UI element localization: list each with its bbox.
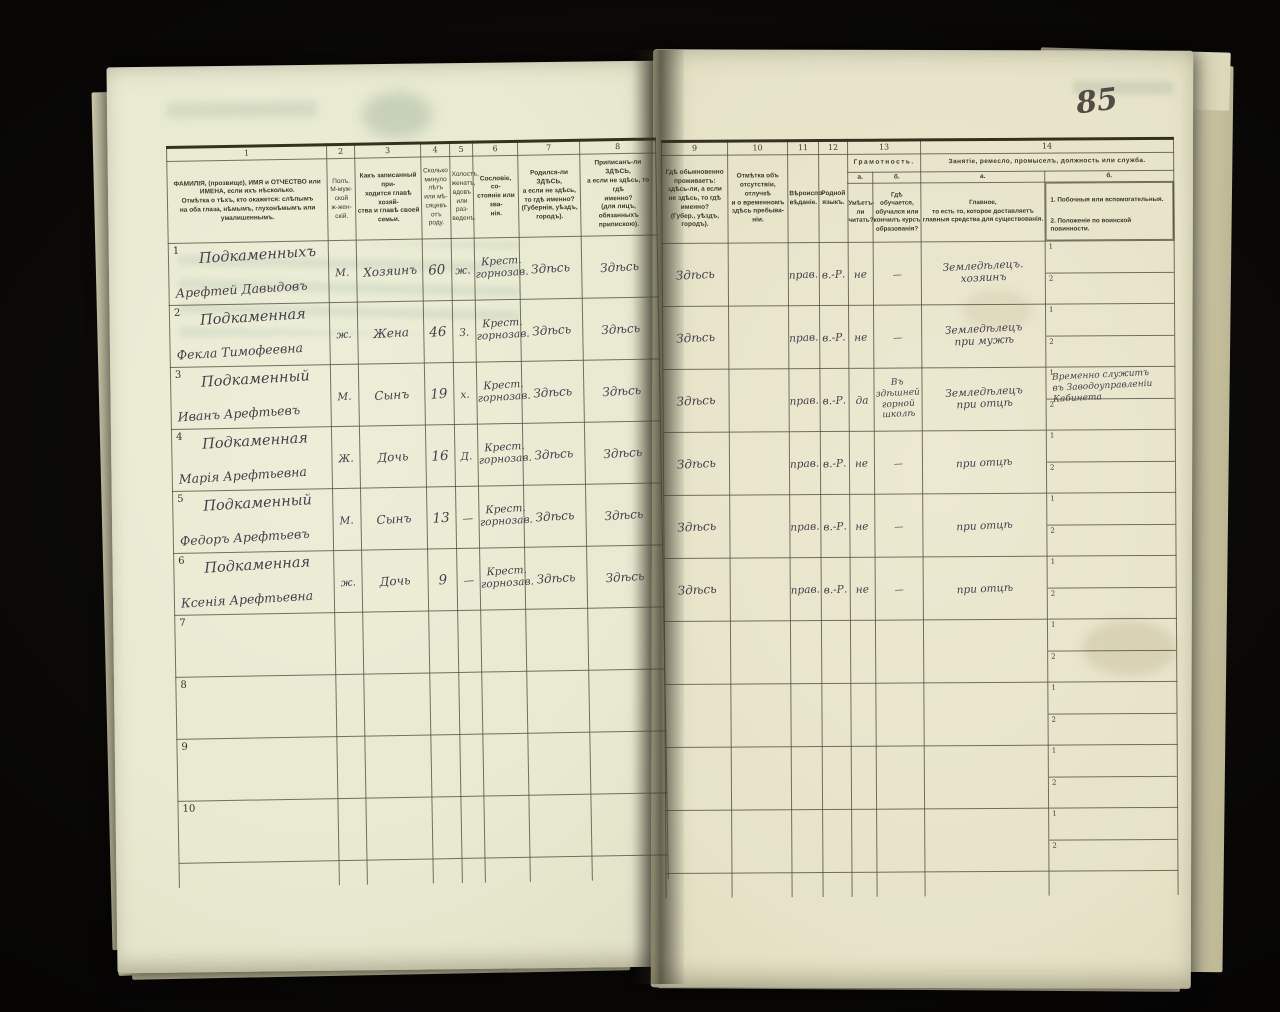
entry-born: Здѣсь: [532, 323, 572, 339]
entry-education: —: [893, 270, 903, 281]
header-education: Гдѣ обучается, обучался или кончилъ курс…: [873, 183, 921, 242]
side-label-1: 1: [1051, 558, 1056, 566]
entry-relation: Сынъ: [376, 512, 412, 528]
col-number: 14: [921, 138, 1174, 154]
entry-education: —: [893, 333, 903, 344]
table-row: 9: [177, 731, 667, 802]
col-number: 9: [662, 141, 728, 155]
col-number: 2: [327, 144, 355, 158]
side-label-1: 1: [1050, 495, 1055, 503]
table-row: 6ПодкаменнаяКсенія Арефтьевна ж. Дочь 9 …: [174, 545, 664, 616]
table-row: 12: [665, 744, 1177, 810]
book-spread: 85 1 2 3 4 5 6 7 8 ФАМИЛІЯ, (прозвище), …: [0, 0, 1280, 1012]
entry-relation: Сынъ: [374, 388, 410, 404]
table-row: Здѣсь прав. в.-Р. да Въ здѣшней горной ш…: [663, 366, 1175, 432]
entry-age: 16: [431, 448, 449, 465]
entry-language: в.-Р.: [824, 583, 848, 596]
entry-born: Здѣсь: [535, 509, 575, 525]
header-registered-here: Приписанъ-ли ЗДѢСЬ, а если не здѣсь, то …: [580, 153, 657, 236]
header-absence: Отмѣтка объ отсутствіи, отлучкѣ и о врем…: [728, 155, 789, 243]
header-estate: Сословіе, со- стояніе или зва- нія.: [473, 155, 519, 238]
entry-can-read: не: [856, 583, 870, 596]
entry-education: —: [894, 585, 904, 596]
table-row: 4ПодкаменнаяМарія Арефтьевна Ж. Дочь 16 …: [171, 421, 661, 492]
entry-education: Въ здѣшней горной школѣ: [874, 376, 923, 421]
entry-sex: Ж.: [338, 452, 354, 465]
entry-religion: прав.: [789, 331, 819, 344]
entry-main-occupation: Земледѣлецъ при отцѣ: [945, 384, 1024, 412]
table-row: Здѣсь прав. в.-Р. не — при отцѣ 12: [664, 492, 1176, 558]
side-label-2: 2: [1049, 338, 1054, 346]
table-row: 12: [666, 807, 1178, 873]
entry-religion: прав.: [789, 268, 819, 281]
side-label-1: 1: [1050, 432, 1055, 440]
table-row: Здѣсь прав. в.-Р. не — Земледѣлецъ. хозя…: [662, 240, 1174, 306]
entry-given-name: Ксенія Арефтьевна: [181, 588, 314, 610]
header-side-occupation-2: 2. Положеніе по воинской повинности.: [1046, 212, 1172, 234]
side-label-2: 2: [1051, 590, 1056, 598]
side-label-2: 2: [1052, 842, 1057, 850]
entry-surname: Подкаменная: [204, 554, 311, 577]
entry-residence: Здѣсь: [677, 457, 717, 473]
side-label-1: 1: [1052, 747, 1057, 755]
entry-residence: Здѣсь: [677, 520, 717, 536]
entry-surname: Подкаменный: [201, 368, 311, 391]
entry-marital: —: [463, 574, 474, 587]
header-marital: Холостъ, женатъ, вдовъ или раз- веденъ.: [450, 156, 474, 238]
entry-given-name: Фекла Тимофеевна: [176, 341, 303, 363]
row-number: 9: [181, 742, 188, 753]
entry-residence: Здѣсь: [676, 268, 716, 284]
entry-surname: Подкаменныхъ: [199, 244, 317, 268]
entry-given-name: Иванъ Арефтьевъ: [177, 403, 300, 425]
entry-born: Здѣсь: [536, 571, 576, 587]
crest-ghost: [362, 91, 433, 138]
entry-born: Здѣсь: [534, 447, 574, 463]
sub-label-b: б.: [1045, 170, 1174, 182]
entry-sex: ж.: [336, 328, 352, 341]
header-main-occupation: Главное, то есть то, которое доставляетъ…: [921, 182, 1045, 242]
entry-surname: Подкаменный: [203, 492, 313, 515]
table-row: 7: [175, 607, 665, 678]
col-number: 11: [788, 141, 819, 155]
census-table-left: 1 2 3 4 5 6 7 8 ФАМИЛІЯ, (прозвище), ИМЯ…: [166, 137, 669, 887]
entry-given-name: Арефтей Давыдовъ: [175, 278, 308, 300]
col-number: 6: [472, 141, 517, 156]
table-row: 5ПодкаменныйФедоръ Арефтьевъ М. Сынъ 13 …: [173, 483, 663, 554]
header-language: Родной языкъ.: [819, 154, 849, 242]
entry-age: 13: [432, 510, 450, 527]
side-label-1: 1: [1051, 684, 1056, 692]
entry-marital: ж.: [455, 264, 471, 277]
open-bottom-row: [666, 870, 1178, 897]
entry-marital: З.: [459, 326, 470, 339]
column-headers-row: ФАМИЛІЯ, (прозвище), ИМЯ и ОТЧЕСТВО или …: [167, 153, 657, 244]
col-number: 4: [420, 143, 449, 158]
col-number: 8: [579, 139, 655, 154]
entry-registered: Здѣсь: [603, 445, 643, 461]
entry-language: в.-Р.: [823, 394, 847, 407]
entry-relation: Жена: [373, 326, 409, 342]
col-number: 7: [517, 140, 579, 155]
table-row: Здѣсь прав. в.-Р. не — Земледѣлецъ при м…: [663, 303, 1175, 369]
entry-language: в.-Р.: [823, 457, 847, 470]
entry-residence: Здѣсь: [676, 331, 716, 347]
side-label-2: 2: [1049, 275, 1054, 283]
entry-sex: М.: [335, 266, 350, 279]
entry-language: в.-Р.: [822, 268, 846, 281]
header-literacy: Грамотность.: [848, 154, 921, 172]
table-row: 3ПодкаменныйИванъ Арефтьевъ М. Сынъ 19 х…: [170, 359, 660, 430]
entry-marital: Д.: [460, 450, 473, 463]
entry-sex: М.: [337, 390, 352, 403]
table-row: 12: [664, 618, 1176, 684]
col-number: 3: [354, 143, 420, 158]
entry-main-occupation: при отцѣ: [956, 519, 1013, 534]
side-label-2: 2: [1052, 779, 1057, 787]
showthrough-ghost: [167, 101, 317, 119]
row-number: 2: [174, 308, 181, 319]
side-label-1: 1: [1051, 621, 1056, 629]
entry-surname: Подкаменная: [200, 306, 307, 329]
entry-religion: прав.: [790, 520, 820, 533]
entry-age: 46: [429, 324, 447, 341]
table-row: 8: [176, 669, 666, 740]
row-number: 3: [175, 370, 182, 381]
entry-can-read: не: [854, 268, 868, 281]
row-number: 6: [178, 556, 185, 567]
row-number: 8: [180, 680, 187, 691]
side-label-1: 1: [1049, 306, 1054, 314]
entry-main-occupation: Земледѣлецъ. хозяинъ: [942, 258, 1024, 286]
col-number: 10: [728, 141, 788, 155]
entry-can-read: да: [855, 394, 869, 407]
entry-registered: Здѣсь: [604, 507, 644, 523]
entry-relation: Дочь: [379, 574, 411, 590]
entry-born: Здѣсь: [533, 385, 573, 401]
entry-age: 9: [438, 572, 448, 588]
entry-language: в.-Р.: [822, 331, 846, 344]
row-number: 5: [177, 494, 184, 505]
side-label-1: 1: [1049, 243, 1054, 251]
entry-age: 19: [430, 386, 448, 403]
entry-sex: ж.: [340, 576, 356, 589]
header-occupation: Занятіе, ремесло, промыселъ, должность и…: [921, 152, 1174, 172]
col-number: 13: [848, 140, 921, 154]
entry-can-read: не: [855, 457, 869, 470]
col-number: 5: [449, 142, 472, 156]
side-label-2: 2: [1051, 653, 1056, 661]
entry-sex: М.: [340, 514, 355, 527]
row-number: 10: [182, 804, 195, 815]
entry-education: —: [894, 522, 904, 533]
entry-main-occupation: при отцѣ: [956, 456, 1013, 471]
table-row: 1ПодкаменныхъАрефтей Давыдовъ М. Хозяинъ…: [168, 235, 658, 306]
entry-born: Здѣсь: [531, 261, 571, 277]
table-row: 10: [178, 793, 668, 864]
entry-registered: Здѣсь: [601, 321, 641, 337]
entry-residence: Здѣсь: [677, 583, 717, 599]
row-number: 7: [179, 618, 186, 629]
table-row: Здѣсь прав. в.-Р. не — при отцѣ 12: [664, 555, 1176, 621]
entry-given-name: Федоръ Арефтьевъ: [180, 526, 310, 548]
sub-label-a: а.: [848, 172, 873, 183]
entry-residence: Здѣсь: [676, 394, 716, 410]
sub-label-a: а.: [921, 171, 1045, 183]
row-number: 1: [173, 246, 180, 257]
row-number: 4: [176, 432, 183, 443]
table-row: 12: [665, 681, 1177, 747]
entry-marital: х.: [460, 388, 470, 401]
page-number: 85: [1074, 82, 1120, 122]
census-table-right: 9 10 11 12 13 14 Гдѣ обыкновенно прожива…: [661, 137, 1179, 898]
entry-religion: прав.: [791, 583, 821, 596]
table-row: 2ПодкаменнаяФекла Тимофеевна ж. Жена 46 …: [169, 297, 659, 368]
header-relation: Какъ записанный при- ходится главѣ хозяй…: [355, 157, 422, 240]
entry-main-occupation: при отцѣ: [957, 582, 1014, 597]
side-label-2: 2: [1050, 401, 1055, 409]
entry-religion: прав.: [790, 394, 820, 407]
entry-can-read: не: [855, 520, 869, 533]
entry-education: —: [894, 459, 904, 470]
side-label-2: 2: [1050, 464, 1055, 472]
entry-religion: прав.: [790, 457, 820, 470]
entry-age: 60: [428, 262, 446, 279]
entry-relation: Хозяинъ: [362, 263, 417, 280]
sub-label-b: б.: [873, 172, 921, 183]
header-residence: Гдѣ обыкновенно проживаетъ: здѣсь-ли, а …: [662, 155, 729, 243]
entry-language: в.-Р.: [823, 520, 847, 533]
table-row: Здѣсь прав. в.-Р. не — при отцѣ 12: [663, 429, 1175, 495]
entry-given-name: Марія Арефтьевна: [178, 464, 307, 486]
entry-main-occupation: Земледѣлецъ при мужѣ: [944, 321, 1023, 349]
header-name: ФАМИЛІЯ, (прозвище), ИМЯ и ОТЧЕСТВО или …: [167, 159, 328, 244]
side-label-2: 2: [1052, 716, 1057, 724]
side-label-2: 2: [1050, 527, 1055, 535]
header-age: Сколько минуло лѣтъ или мѣ- сяцевъ отъ р…: [421, 157, 451, 239]
entry-registered: Здѣсь: [605, 569, 645, 585]
header-sex: Полъ. М-муж- ской ж-жен- скій.: [327, 158, 356, 240]
header-religion: Вѣроиспо- вѣданіе.: [788, 155, 820, 243]
header-can-read: Умѣетъ- ли читать?: [848, 183, 873, 242]
entry-relation: Дочь: [377, 450, 409, 466]
entry-marital: —: [462, 512, 473, 525]
entry-registered: Здѣсь: [600, 259, 640, 275]
header-born-here: Родился-ли ЗДѢСЬ, а если не здѣсь, то гд…: [518, 154, 581, 237]
header-side-occupation: 1. Побочныя или вспомогательныя. 2. Поло…: [1045, 182, 1173, 241]
entry-registered: Здѣсь: [602, 383, 642, 399]
entry-surname: Подкаменная: [202, 430, 309, 453]
col-number: 12: [819, 140, 848, 154]
side-label-1: 1: [1052, 810, 1057, 818]
header-side-occupation-1: 1. Побочныя или вспомогательныя.: [1046, 191, 1172, 204]
entry-can-read: не: [854, 331, 868, 344]
